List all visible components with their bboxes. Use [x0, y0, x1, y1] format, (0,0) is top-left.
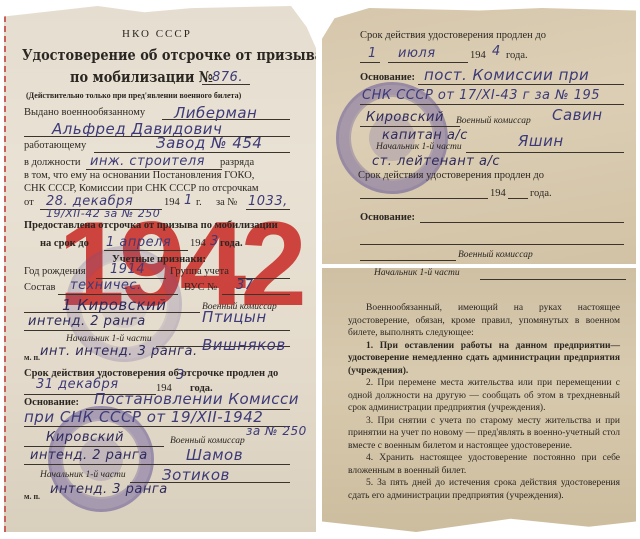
from-label: от — [24, 197, 34, 208]
issuer-header: НКО СССР — [122, 28, 192, 40]
extension-commissar-label: Военный комиссар — [170, 436, 245, 446]
decree-extra-value: 19/XII-42 за № 250 — [46, 207, 160, 220]
extension-commissar-rank: интенд. 2 ранга — [30, 448, 148, 463]
extension-chief-signature: Зотиков — [162, 466, 230, 484]
basis-line1: пост. Комиссии при — [424, 66, 589, 84]
basis-line2: СНК СССР от 17/XI-43 г за № 195 — [362, 88, 600, 103]
extension-label: Срок действия удостоверения продлен до — [360, 30, 546, 41]
extension-seal-label: м. п. — [24, 492, 40, 501]
chief-label: Начальник 1-й части — [66, 334, 152, 344]
decree-year-digit: 1 — [184, 193, 193, 208]
chief-label: Начальник 1-й части — [376, 142, 462, 152]
certificate-title-line2: по мобилизации № — [70, 68, 213, 86]
chief-signature: Вишняков — [202, 336, 286, 354]
year-prefix: 194 — [164, 197, 180, 208]
year-suffix: г. — [196, 197, 202, 208]
extension-basis-line3: за № 250 — [246, 424, 307, 438]
commissar2-label: Военный комиссар — [458, 250, 533, 260]
district-value: Кировский — [366, 110, 444, 125]
number-label: за № — [216, 197, 237, 208]
composition-value: техничес. — [70, 278, 142, 293]
basis-label: Основание: — [360, 72, 415, 83]
chief-label: Начальник 1-й части — [374, 268, 460, 278]
basis-label: Основание: — [24, 397, 79, 408]
extension-year-digit: 4 — [492, 44, 501, 59]
year2-prefix: 194 — [490, 188, 506, 199]
rule-3: 3. При снятии с учета по старому месту ж… — [348, 415, 620, 453]
position-label: в должности — [24, 157, 81, 168]
rules-intro: Военнообязанный, имеющий на руках настоя… — [348, 302, 620, 340]
chief-signature: Яшин — [518, 132, 564, 150]
certificate-subtitle: (Действительно только при пред'явлении в… — [26, 91, 241, 100]
certificate-number: 876. — [212, 70, 243, 85]
working-label: работающему — [24, 140, 86, 151]
extension-district-value: Кировский — [46, 430, 124, 445]
year-prefix: 194 — [470, 50, 486, 61]
commissar-rank-value: интенд. 2 ранга — [28, 314, 146, 329]
rule-1: 1. При оставлении работы на данном предп… — [348, 340, 620, 378]
deferment-text: Предоставлена отсрочка от призыва по моб… — [24, 220, 278, 231]
extension-basis-line1: Постановлении Комисси — [94, 390, 299, 408]
year2-suffix: года. — [530, 188, 552, 199]
rule-2: 2. При перемене места жительства или при… — [348, 377, 620, 415]
district-value: 1 Кировский — [62, 296, 167, 314]
seal-label: м. п. — [24, 353, 40, 362]
vus-value: 37 — [236, 278, 254, 293]
term-date-value: 1 апреля — [106, 235, 171, 250]
certificate-rules-page: Начальник 1-й части Военнообязанный, име… — [322, 268, 636, 532]
term-label: на срок до — [40, 238, 89, 249]
extension-year-digit: 3 — [176, 368, 185, 383]
workplace-value: Завод № 454 — [156, 134, 262, 152]
commissar-label: Военный комиссар — [456, 116, 531, 126]
certificate-extension-page: Срок действия удостоверения продлен до 1… — [322, 8, 636, 264]
extension-basis-line2: при СНК СССР от 19/XII-1942 — [24, 408, 263, 426]
group-label: Группа учета — [170, 266, 229, 277]
chief-rank-value: ст. лейтенант а/с — [372, 154, 500, 169]
extension-month-value: июля — [398, 46, 436, 61]
extension-chief-label: Начальник 1-й части — [40, 470, 126, 480]
commissar-signature: Птицын — [202, 308, 267, 326]
rules-text: Военнообязанный, имеющий на руках настоя… — [348, 302, 620, 502]
certificate-title: Удостоверение об отсрочке от призыва — [22, 46, 316, 64]
issued-to-label: Выдано военнообязанному — [24, 107, 145, 118]
rank-label: разряда — [220, 157, 254, 168]
extension-commissar-signature: Шамов — [186, 446, 243, 464]
commissar-rank-value: капитан а/с — [382, 128, 468, 143]
basis2-label: Основание: — [360, 212, 415, 223]
extension-day-value: 1 — [368, 46, 377, 61]
certificate-front-page: 1942 НКО СССР Удостоверение об отсрочке … — [4, 6, 316, 532]
rule-5: 5. За пять дней до истечения срока дейст… — [348, 477, 620, 502]
extension-chief-rank: интенд. 3 ранга — [50, 482, 168, 497]
basis-text-2: СНК СССР, Комиссии при СНК СССР по отсро… — [24, 183, 259, 194]
birth-year-label: Год рождения — [24, 266, 86, 277]
extension2-label: Срок действия удостоверения продлен до — [358, 170, 544, 181]
year-suffix: года. — [506, 50, 528, 61]
term-year-prefix: 194 — [190, 238, 206, 249]
rule-4: 4. Хранить настоящее удостоверение посто… — [348, 452, 620, 477]
term-year-suffix: года. — [220, 238, 243, 249]
term-year-digit: 3 — [210, 234, 219, 249]
position-value: инж. строителя — [90, 154, 205, 169]
decree-number-value: 1033, — [248, 194, 288, 209]
chief-rank-value: инт. интенд. 3 ранга. — [40, 344, 198, 359]
composition-label: Состав — [24, 282, 56, 293]
vus-label: ВУС № — [184, 282, 217, 293]
commissar-signature: Савин — [552, 106, 603, 124]
basis-text-1: в том, что ему на основании Постановлени… — [24, 170, 254, 181]
birth-year-value: 1914 — [110, 262, 145, 277]
